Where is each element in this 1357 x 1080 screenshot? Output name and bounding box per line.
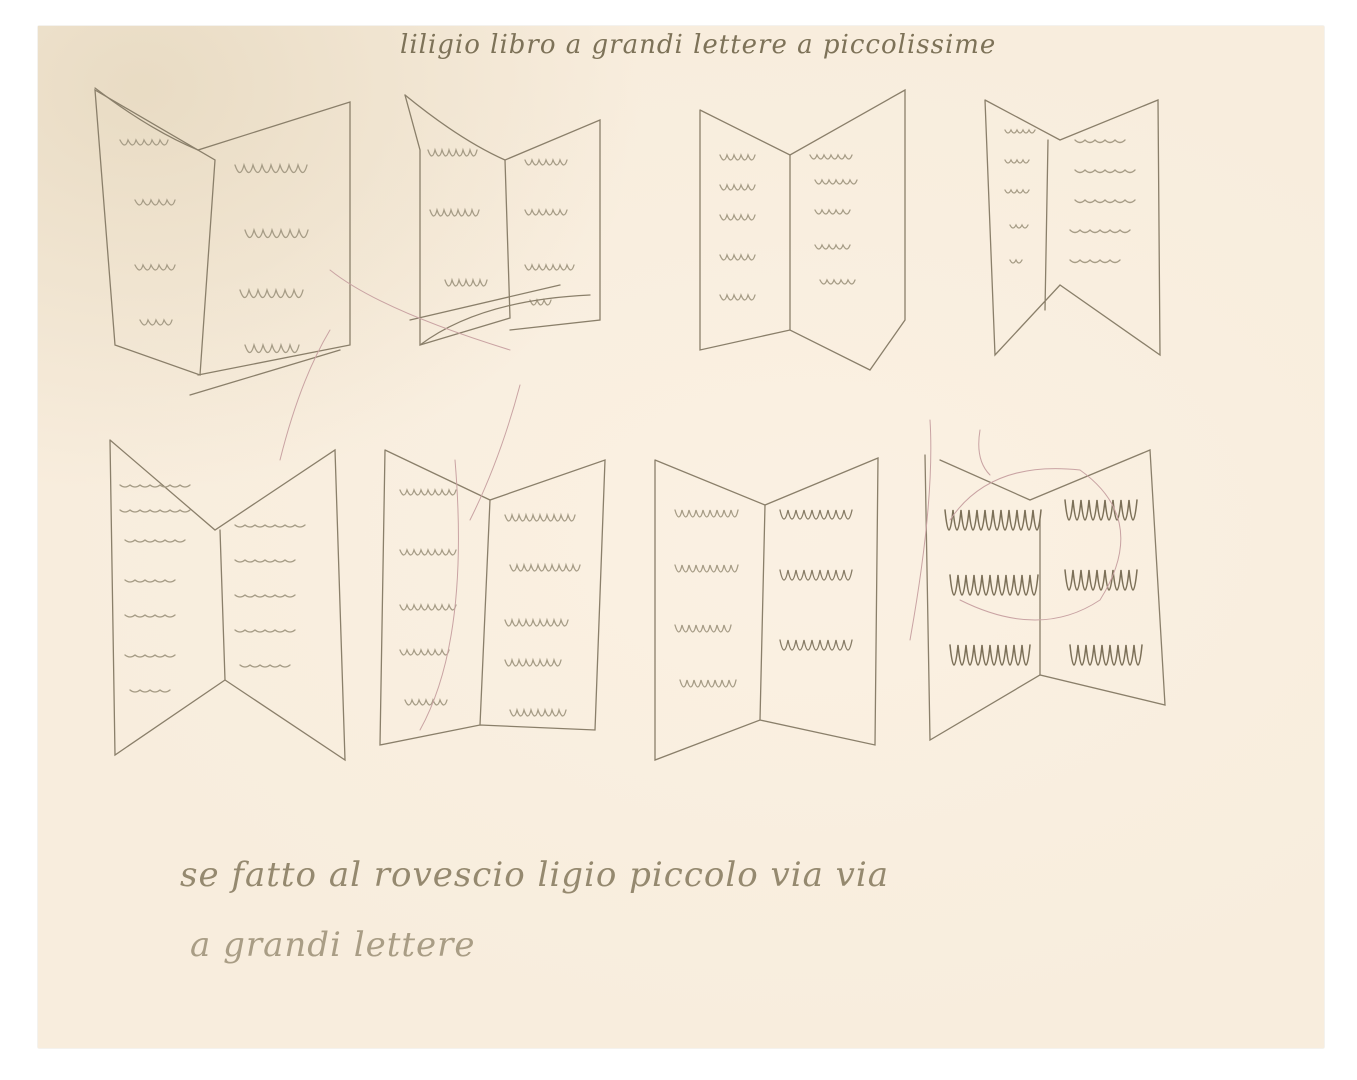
caption-top: liligio libro a grandi lettere a piccoli…	[400, 30, 996, 60]
caption-bottom-line-1: se fatto al rovescio ligio piccolo via v…	[180, 855, 889, 895]
book-sketch-8	[925, 450, 1165, 740]
book-sketch-3	[700, 90, 905, 370]
caption-bottom-line-2: a grandi lettere	[190, 925, 476, 965]
book-sketches	[0, 0, 1357, 1080]
book-sketch-2	[405, 95, 600, 345]
book-sketch-1	[95, 88, 350, 395]
book-sketch-7	[655, 458, 878, 760]
book-sketch-4	[985, 100, 1160, 355]
book-sketch-5	[110, 440, 345, 760]
book-sketch-6	[380, 450, 605, 745]
